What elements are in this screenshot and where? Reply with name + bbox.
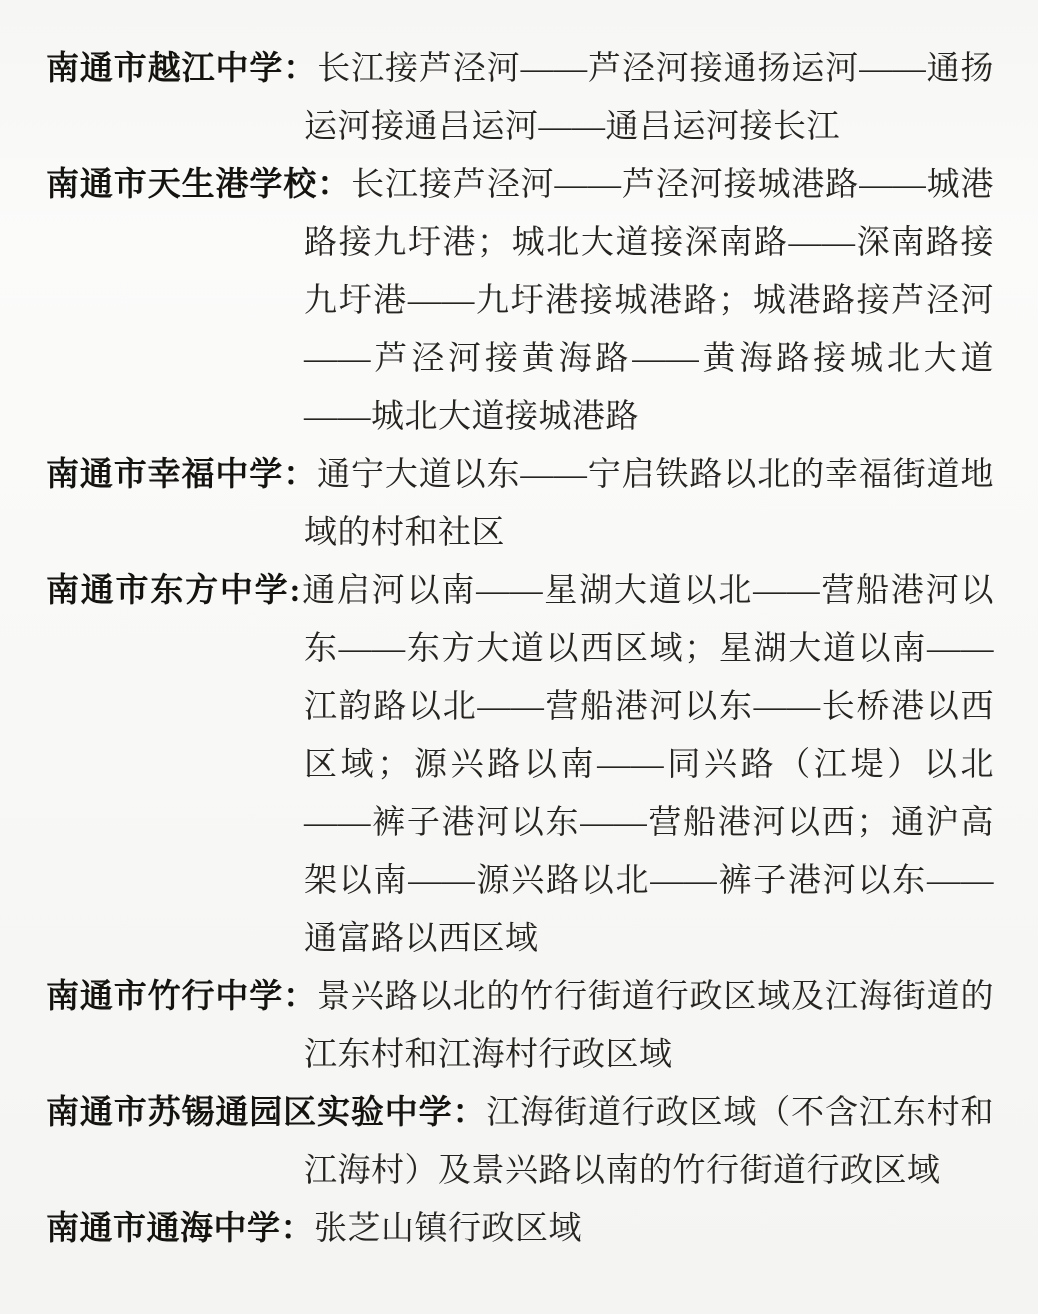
district-description: 张芝山镇行政区域 (314, 1211, 582, 1247)
school-district-entry: 南通市苏锡通园区实验中学：江海街道行政区域（不含江东村和江海村）及景兴路以南的竹… (46, 1084, 994, 1200)
school-name: 南通市天生港学校： (46, 167, 351, 203)
school-district-entry: 南通市通海中学：张芝山镇行政区域 (46, 1200, 994, 1258)
school-name: 南通市幸福中学： (46, 457, 317, 493)
school-name: 南通市越江中学： (46, 51, 317, 87)
school-district-entry: 南通市东方中学:通启河以南——星湖大道以北——营船港河以东——东方大道以西区域；… (46, 562, 994, 968)
document-page: 南通市越江中学：长江接芦泾河——芦泾河接通扬运河——通扬运河接通吕运河——通吕运… (0, 0, 1038, 1314)
district-description: 通宁大道以东——宁启铁路以北的幸福街道地域的村和社区 (304, 457, 994, 551)
district-description: 长江接芦泾河——芦泾河接通扬运河——通扬运河接通吕运河——通吕运河接长江 (304, 51, 994, 145)
school-district-entry: 南通市天生港学校：长江接芦泾河——芦泾河接城港路——城港路接九圩港；城北大道接深… (46, 156, 994, 446)
school-district-entry: 南通市越江中学：长江接芦泾河——芦泾河接通扬运河——通扬运河接通吕运河——通吕运… (46, 40, 994, 156)
school-district-entry: 南通市幸福中学：通宁大道以东——宁启铁路以北的幸福街道地域的村和社区 (46, 446, 994, 562)
school-district-entry: 南通市竹行中学：景兴路以北的竹行街道行政区域及江海街道的江东村和江海村行政区域 (46, 968, 994, 1084)
school-name: 南通市苏锡通园区实验中学： (46, 1095, 486, 1131)
school-name: 南通市东方中学: (46, 573, 301, 609)
school-name: 南通市通海中学： (46, 1211, 314, 1247)
district-description: 长江接芦泾河——芦泾河接城港路——城港路接九圩港；城北大道接深南路——深南路接九… (304, 167, 994, 435)
district-description: 通启河以南——星湖大道以北——营船港河以东——东方大道以西区域；星湖大道以南——… (301, 573, 994, 957)
district-description: 景兴路以北的竹行街道行政区域及江海街道的江东村和江海村行政区域 (304, 979, 994, 1073)
school-name: 南通市竹行中学： (46, 979, 317, 1015)
